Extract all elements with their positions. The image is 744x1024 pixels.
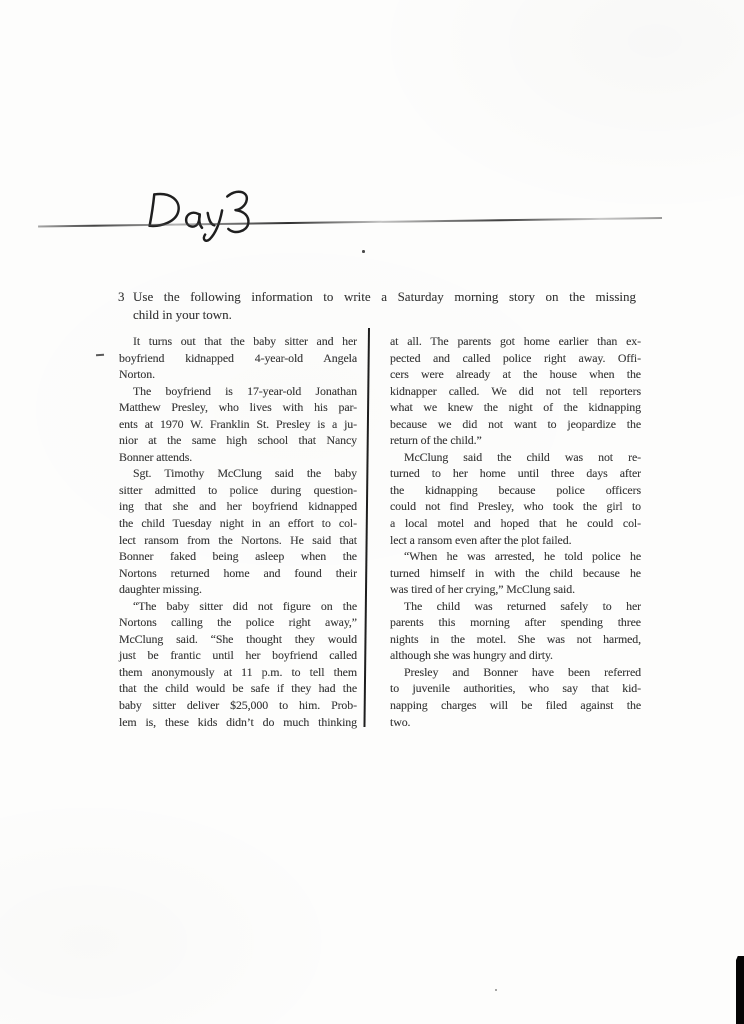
text-line: napping charges will be filed against th… <box>390 697 641 714</box>
text-line: lect ransom from the Nortons. He said th… <box>119 532 357 549</box>
text-line: parents this morning after spending thre… <box>390 614 641 631</box>
text-line: was tired of her crying,” McClung said. <box>390 581 641 598</box>
text-line: The child was returned safely to her <box>390 598 641 615</box>
text-line: just be frantic until her boyfriend call… <box>119 647 357 664</box>
exercise-prompt-text: Use the following information to write a… <box>133 288 636 323</box>
text-line: lem is, these kids didn’t do much thinki… <box>119 714 357 731</box>
text-line: sitter admitted to police during questio… <box>119 482 357 499</box>
text-line: “When he was arrested, he told police he <box>390 548 641 565</box>
text-line: nights in the motel. She was not harmed, <box>390 631 641 648</box>
text-line: two. <box>390 714 641 731</box>
handwritten-underline <box>38 217 662 227</box>
text-line: them anonymously at 11 p.m. to tell them <box>119 664 357 681</box>
text-line: ents at 1970 W. Franklin St. Presley is … <box>119 416 357 433</box>
scan-edge-artifact <box>736 956 744 1024</box>
text-line: Presley and Bonner have been referred <box>390 664 641 681</box>
text-line: a local motel and hoped that he could co… <box>390 515 641 532</box>
text-line: nior at the same high school that Nancy <box>119 432 357 449</box>
text-line: Matthew Presley, who lives with his par- <box>119 399 357 416</box>
text-line: what we knew the night of the kidnapping <box>390 399 641 416</box>
text-line: return of the child.” <box>390 432 641 449</box>
text-line: child in your town. <box>133 306 636 324</box>
text-line: McClung said the child was not re- <box>390 449 641 466</box>
text-line: cers were already at the house when the <box>390 366 641 383</box>
text-line: It turns out that the baby sitter and he… <box>119 333 357 350</box>
column-divider <box>363 328 369 727</box>
text-line: Nortons returned home and found their <box>119 565 357 582</box>
text-line: “The baby sitter did not figure on the <box>119 598 357 615</box>
scanned-page: 3 Use the following information to write… <box>0 0 744 1024</box>
text-line: kidnapper called. We did not tell report… <box>390 383 641 400</box>
text-line: McClung said. “She thought they would <box>119 631 357 648</box>
handwritten-day-label <box>145 186 255 242</box>
article-right-column: at all. The parents got home earlier tha… <box>390 333 641 730</box>
text-line: Bonner attends. <box>119 449 357 466</box>
text-line: the kidnapping because police officers <box>390 482 641 499</box>
text-line: Sgt. Timothy McClung said the baby <box>119 465 357 482</box>
text-line: boyfriend kidnapped 4-year-old Angela <box>119 350 357 367</box>
text-line: the child Tuesday night in an effort to … <box>119 515 357 532</box>
exercise-number: 3 <box>118 288 125 306</box>
scan-speck <box>495 989 497 991</box>
text-line: to juvenile authorities, who say that ki… <box>390 680 641 697</box>
article-left-column: It turns out that the baby sitter and he… <box>119 333 357 730</box>
text-line: lect a ransom even after the plot failed… <box>390 532 641 549</box>
text-line: because we did not want to jeopardize th… <box>390 416 641 433</box>
text-line: could not find Presley, who took the gir… <box>390 498 641 515</box>
text-line: at all. The parents got home earlier tha… <box>390 333 641 350</box>
text-line: turned himself in with the child because… <box>390 565 641 582</box>
exercise-prompt: 3 Use the following information to write… <box>118 288 638 323</box>
text-line: The boyfriend is 17-year-old Jonathan <box>119 383 357 400</box>
text-line: Norton. <box>119 366 357 383</box>
pencil-dash-mark <box>96 354 104 356</box>
text-line: daughter missing. <box>119 581 357 598</box>
text-line: turned to her home until three days afte… <box>390 465 641 482</box>
scan-speck <box>362 250 365 253</box>
text-line: Bonner faked being asleep when the <box>119 548 357 565</box>
text-line: ing that she and her boyfriend kidnapped <box>119 498 357 515</box>
text-line: pected and called police right away. Off… <box>390 350 641 367</box>
text-line: Nortons calling the police right away,” <box>119 614 357 631</box>
text-line: although she was hungry and dirty. <box>390 647 641 664</box>
text-line: that the child would be safe if they had… <box>119 680 357 697</box>
text-line: Use the following information to write a… <box>133 288 636 306</box>
text-line: baby sitter deliver $25,000 to him. Prob… <box>119 697 357 714</box>
